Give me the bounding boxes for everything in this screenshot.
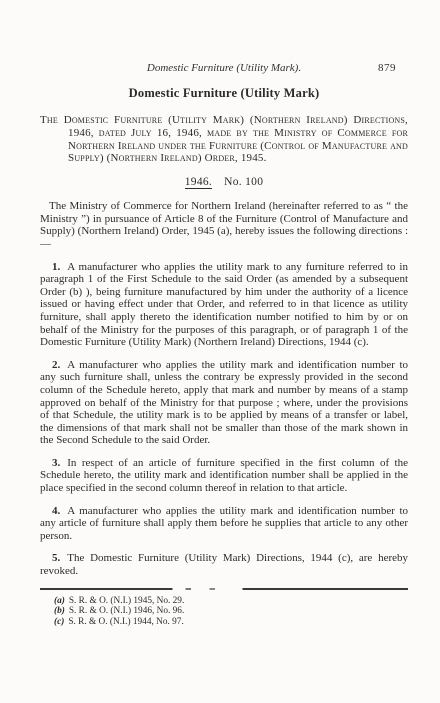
paragraph-text: A manufacturer who applies the utility m… bbox=[40, 505, 408, 542]
paragraph-text: The Domestic Furniture (Utility Mark) Di… bbox=[40, 552, 408, 577]
footnote-text: S. R. & O. (N.I.) 1944, No. 97. bbox=[68, 617, 183, 627]
footnotes: (a)S. R. & O. (N.I.) 1945, No. 29. (b)S.… bbox=[40, 596, 408, 628]
paragraph-text: A manufacturer who applies the utility m… bbox=[40, 359, 408, 447]
direction-paragraph-4: 4.A manufacturer who applies the utility… bbox=[40, 505, 408, 543]
footnote-marker: (c) bbox=[54, 617, 64, 627]
page-number: 879 bbox=[378, 62, 396, 75]
footnote-b: (b)S. R. & O. (N.I.) 1946, No. 96. bbox=[54, 606, 408, 617]
paragraph-number: 3. bbox=[52, 457, 60, 469]
footnote-marker: (a) bbox=[54, 596, 65, 606]
footnote-a: (a)S. R. & O. (N.I.) 1945, No. 29. bbox=[54, 596, 408, 607]
preamble: The Domestic Furniture (Utility Mark) (N… bbox=[40, 114, 408, 165]
paragraph-text: In respect of an article of furniture sp… bbox=[40, 457, 408, 494]
paragraph-number: 4. bbox=[52, 505, 60, 517]
paragraph-number: 1. bbox=[52, 261, 60, 273]
footnote-c: (c)S. R. & O. (N.I.) 1944, No. 97. bbox=[54, 617, 408, 628]
direction-paragraph-2: 2.A manufacturer who applies the utility… bbox=[40, 359, 408, 447]
paragraph-text: A manufacturer who applies the utility m… bbox=[40, 261, 408, 349]
instrument-number: 1946.No. 100 bbox=[40, 176, 408, 188]
direction-paragraph-5: 5.The Domestic Furniture (Utility Mark) … bbox=[40, 552, 408, 577]
paragraph-number: 5. bbox=[52, 552, 60, 564]
instrument-no: No. 100 bbox=[224, 176, 263, 188]
document-title: Domestic Furniture (Utility Mark) bbox=[40, 86, 408, 101]
direction-paragraph-1: 1.A manufacturer who applies the utility… bbox=[40, 261, 408, 349]
footnote-marker: (b) bbox=[54, 606, 65, 616]
direction-paragraph-3: 3.In respect of an article of furniture … bbox=[40, 457, 408, 495]
instrument-year: 1946. bbox=[185, 176, 212, 189]
document-content: Domestic Furniture (Utility Mark). 879 D… bbox=[40, 62, 408, 627]
footnote-text: S. R. & O. (N.I.) 1945, No. 29. bbox=[69, 596, 184, 606]
paragraph-number: 2. bbox=[52, 359, 60, 371]
footnote-rule bbox=[40, 588, 408, 590]
running-header-title: Domestic Furniture (Utility Mark). bbox=[147, 62, 301, 74]
intro-paragraph: The Ministry of Commerce for Northern Ir… bbox=[40, 200, 408, 250]
document-page: Domestic Furniture (Utility Mark). 879 D… bbox=[0, 0, 440, 703]
running-header: Domestic Furniture (Utility Mark). 879 bbox=[40, 62, 408, 75]
footnote-text: S. R. & O. (N.I.) 1946, No. 96. bbox=[69, 606, 184, 616]
